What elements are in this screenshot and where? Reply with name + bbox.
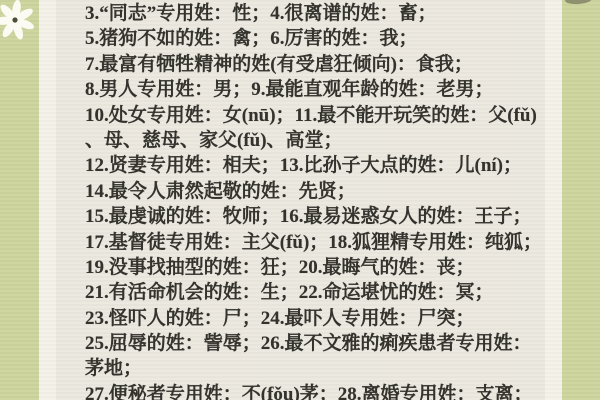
right-border-strip: [562, 0, 600, 400]
text-line: 、母、慈母、家父(fǔ)、高堂；: [85, 128, 563, 153]
text-line: 21.有活命机会的姓：生；22.命运堪忧的姓：冥；: [85, 280, 563, 305]
text-line: 8.男人专用姓：男；9.最能直观年龄的姓：老男；: [85, 77, 563, 102]
text-line: 7.最富有牺牲精神的姓(有受虐狂倾向)：食我；: [85, 52, 563, 77]
text-line: 14.最令人肃然起敬的姓：先贤；: [85, 179, 563, 204]
text-line: 3.“同志”专用姓：性；4.很离谱的姓：畜；: [85, 1, 563, 26]
text-line: 5.猪狗不如的姓：禽；6.厉害的姓：我；: [85, 26, 563, 51]
left-border-strip: [0, 0, 39, 400]
left-inner-strip: [39, 0, 56, 400]
flower-icon: [0, 0, 36, 42]
surname-list: 3.“同志”专用姓：性；4.很离谱的姓：畜； 5.猪狗不如的姓：禽；6.厉害的姓…: [85, 1, 563, 400]
text-line: 19.没事找抽型的姓：狂；20.最晦气的姓：丧；: [85, 255, 563, 280]
text-line: 23.怪吓人的姓：尸；24.最吓人专用姓：尸突；: [85, 306, 563, 331]
text-line: 15.最虔诚的姓：牧师；16.最易迷惑女人的姓：王子；: [85, 204, 563, 229]
text-line: 25.屈辱的姓：訾辱；26.最不文雅的痢疾患者专用姓：: [85, 331, 563, 356]
text-line: 17.基督徒专用姓：主父(fǔ)；18.狐狸精专用姓：纯狐；: [85, 230, 563, 255]
text-line: 10.处女专用姓：女(nū)；11.最不能开玩笑的姓：父(fǔ): [85, 103, 563, 128]
text-line: 12.贤妻专用姓：相夫；13.比孙子大点的姓：儿(ní)；: [85, 153, 563, 178]
text-line: 27.便秘者专用姓：不(fǒu)茅；28.离婚专用姓：支离；: [85, 382, 563, 400]
page-root: 3.“同志”专用姓：性；4.很离谱的姓：畜； 5.猪狗不如的姓：禽；6.厉害的姓…: [0, 0, 600, 400]
text-line: 茅地；: [85, 356, 563, 381]
